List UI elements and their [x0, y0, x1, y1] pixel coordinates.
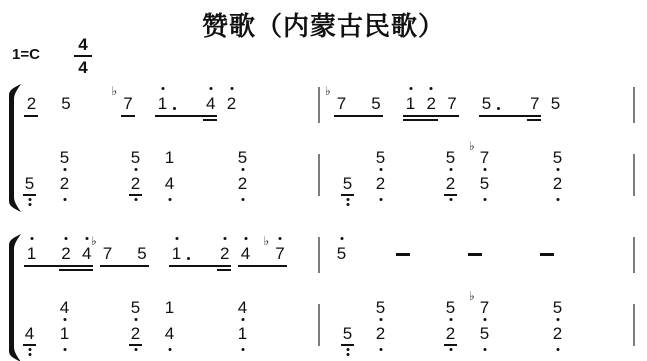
- chord-lowdots-slot: [373, 197, 388, 209]
- chord: 52: [373, 298, 388, 359]
- duration-dash: [540, 253, 554, 256]
- note-digit: 5: [334, 244, 349, 264]
- chord-mid-slot: [477, 317, 492, 324]
- chord: 52: [373, 148, 388, 209]
- chord-top-slot: 5: [443, 298, 458, 317]
- flat-icon: ♭: [325, 85, 331, 97]
- note: 7♭: [121, 94, 136, 114]
- chord-mid-slot: [162, 167, 177, 174]
- octave-dot-low: [346, 348, 349, 351]
- barline: [633, 87, 635, 123]
- chord-bottom-slot: 2: [235, 174, 250, 193]
- note-digit: 1: [162, 298, 177, 317]
- note-digit: 4: [238, 244, 253, 264]
- flat-icon: ♭: [469, 140, 475, 152]
- underline-beam: [155, 115, 217, 117]
- chord-bottom-slot: 2: [373, 174, 388, 193]
- note-digit: 2: [128, 324, 143, 343]
- chord-top-slot: 5: [57, 148, 72, 167]
- note-digit: 2: [24, 94, 39, 114]
- note-digit: 5: [59, 94, 74, 114]
- chord-mid-slot: [443, 317, 458, 324]
- octave-dot-low: [483, 168, 486, 171]
- chord-mid-slot: [477, 167, 492, 174]
- octave-dot-low: [168, 198, 171, 201]
- underline-beam: [121, 115, 135, 117]
- note-digit: 7: [445, 94, 460, 114]
- octave-dot-low: [379, 348, 382, 351]
- note-digit: 2: [128, 174, 143, 193]
- note-digit: 5: [479, 94, 494, 114]
- chord-mid-slot: [340, 167, 355, 174]
- chord-top-slot: 5: [373, 298, 388, 317]
- chord-mid-slot: [162, 317, 177, 324]
- note-digit: 5: [340, 174, 355, 193]
- chord-lowdots-slot: [477, 197, 492, 209]
- key-signature: 1=C: [12, 46, 40, 63]
- chord-top-slot: 5: [550, 298, 565, 317]
- chord-top-slot: 5: [128, 298, 143, 317]
- chord-lowdots-slot: [443, 347, 458, 359]
- chord: 5: [22, 148, 37, 209]
- note-digit: 5: [548, 94, 563, 114]
- time-signature-numerator: 4: [78, 35, 87, 54]
- note-digit: 4: [162, 324, 177, 343]
- chord-bottom-slot: 1: [57, 324, 72, 343]
- octave-dot-low: [134, 198, 137, 201]
- underline-beam: [403, 119, 438, 121]
- note-digit: 5: [373, 148, 388, 167]
- chord-bottom-slot: 5: [340, 174, 355, 193]
- chord: 52: [550, 298, 565, 359]
- octave-dot-low: [241, 318, 244, 321]
- octave-dot-low: [483, 198, 486, 201]
- chord-lowdots-slot: [373, 347, 388, 359]
- time-signature: 4 4: [72, 35, 94, 77]
- chord-top-slot: [340, 298, 355, 317]
- chord-lowdots-slot: [162, 197, 177, 209]
- chord-bottom-slot: 2: [373, 324, 388, 343]
- note: 5: [369, 94, 384, 114]
- chord-bottom-slot: 2: [128, 324, 143, 343]
- octave-dot-low: [28, 348, 31, 351]
- note-digit: 5: [128, 148, 143, 167]
- underline-beam: [129, 344, 142, 346]
- note-digit: 5: [477, 324, 492, 343]
- chord-lowdots-slot: [550, 197, 565, 209]
- barline: [318, 154, 320, 196]
- octave-dot-high: [65, 237, 68, 240]
- barline: [318, 304, 320, 346]
- chord-lowdots-slot: [22, 347, 37, 359]
- note-digit: 1: [235, 324, 250, 343]
- chord-mid-slot: [128, 167, 143, 174]
- chord-bottom-slot: 2: [550, 324, 565, 343]
- chord-top-slot: 7♭: [477, 148, 492, 167]
- note-digit: 5: [443, 148, 458, 167]
- octave-dot-low: [379, 168, 382, 171]
- note-digit: 5: [369, 94, 384, 114]
- octave-dot-low: [379, 318, 382, 321]
- octave-dot-low: [134, 168, 137, 171]
- chord-lowdots-slot: [235, 347, 250, 359]
- duration-dash: [468, 253, 482, 256]
- note-digit: 2: [57, 174, 72, 193]
- chord-bottom-slot: 5: [22, 174, 37, 193]
- octave-dot-low: [241, 198, 244, 201]
- chord-bottom-slot: 4: [162, 324, 177, 343]
- melody-staff: 1247♭51247♭5: [20, 244, 642, 278]
- note-digit: 7: [527, 94, 542, 114]
- chord-lowdots-slot: [550, 347, 565, 359]
- melody-staff: 257♭1427♭5127575: [20, 94, 642, 128]
- octave-dot-low: [168, 348, 171, 351]
- octave-dot-low: [449, 198, 452, 201]
- chord-lowdots-slot: [162, 347, 177, 359]
- chord-bottom-slot: 2: [443, 324, 458, 343]
- chord-top-slot: 5: [443, 148, 458, 167]
- note: 2: [59, 244, 74, 264]
- flat-icon: ♭: [264, 235, 270, 247]
- note-digit: 5: [550, 148, 565, 167]
- note: 5: [135, 244, 150, 264]
- octave-dot-high: [161, 87, 164, 90]
- octave-dot-low: [556, 198, 559, 201]
- chord: 41: [235, 298, 250, 359]
- chord-top-slot: [340, 148, 355, 167]
- chord: 5: [340, 298, 355, 359]
- flat-icon: ♭: [91, 235, 97, 247]
- chord-lowdots-slot: [477, 347, 492, 359]
- note-digit: 2: [224, 94, 239, 114]
- note-digit: 7: [121, 94, 136, 114]
- duration-dash: [396, 253, 410, 256]
- octave-dot-low: [449, 348, 452, 351]
- underline-beam: [238, 265, 287, 267]
- chord-mid-slot: [57, 317, 72, 324]
- note: 7: [445, 94, 460, 114]
- note-digit: 2: [443, 324, 458, 343]
- note: 1: [169, 244, 184, 264]
- note: 7♭: [273, 244, 288, 264]
- note-digit: 2: [373, 174, 388, 193]
- note-digit: 1: [57, 324, 72, 343]
- chord-top-slot: [22, 298, 37, 317]
- chord-lowdots-slot: [57, 347, 72, 359]
- chord: 7♭5: [477, 298, 492, 359]
- chord-mid-slot: [373, 317, 388, 324]
- octave-dot-high: [230, 87, 233, 90]
- chord: 52: [235, 148, 250, 209]
- octave-dot-high: [30, 237, 33, 240]
- note-digit: 5: [22, 174, 37, 193]
- dotted-note-dot: [187, 257, 190, 260]
- note: 7: [527, 94, 542, 114]
- chord-bottom-slot: 4: [22, 324, 37, 343]
- note: 2: [217, 244, 232, 264]
- octave-dot-low: [556, 348, 559, 351]
- note-digit: 5: [57, 148, 72, 167]
- time-signature-denominator: 4: [78, 58, 87, 77]
- underline-beam: [341, 194, 354, 196]
- chord-mid-slot: [550, 317, 565, 324]
- note-digit: 1: [403, 94, 418, 114]
- octave-dot-low: [28, 198, 31, 201]
- chord-bottom-slot: 2: [128, 174, 143, 193]
- octave-dot-low: [28, 203, 31, 206]
- chord-mid-slot: [235, 167, 250, 174]
- octave-dot-low: [63, 198, 66, 201]
- note-digit: 1: [162, 148, 177, 167]
- octave-dot-low: [483, 318, 486, 321]
- note-digit: 2: [550, 324, 565, 343]
- note-digit: 2: [217, 244, 232, 264]
- note-digit: 2: [235, 174, 250, 193]
- octave-dot-low: [449, 168, 452, 171]
- chord-bottom-slot: 2: [550, 174, 565, 193]
- chord-top-slot: 7♭: [477, 298, 492, 317]
- barline: [318, 237, 320, 273]
- chord-top-slot: 5: [235, 148, 250, 167]
- barline: [633, 304, 635, 346]
- note-digit: 5: [340, 324, 355, 343]
- chord-lowdots-slot: [443, 197, 458, 209]
- chord-bottom-slot: 5: [477, 174, 492, 193]
- note: 4: [203, 94, 218, 114]
- note-digit: 5: [128, 298, 143, 317]
- chord: 52: [128, 298, 143, 359]
- note-digit: 5: [135, 244, 150, 264]
- chord: 52: [550, 148, 565, 209]
- barline: [633, 237, 635, 273]
- note-digit: 5: [477, 174, 492, 193]
- octave-dot-low: [63, 168, 66, 171]
- note-digit: 5: [235, 148, 250, 167]
- accompaniment-staff: 552521452552527♭552: [20, 148, 642, 210]
- chord-bottom-slot: 5: [340, 324, 355, 343]
- note: 5: [334, 244, 349, 264]
- chord-top-slot: 1: [162, 298, 177, 317]
- octave-dot-low: [449, 318, 452, 321]
- underline-beam: [444, 344, 457, 346]
- octave-dot-high: [85, 237, 88, 240]
- chord-mid-slot: [128, 317, 143, 324]
- underline-beam: [23, 194, 36, 196]
- chord-mid-slot: [22, 317, 37, 324]
- octave-dot-low: [63, 318, 66, 321]
- octave-dot-low: [346, 353, 349, 356]
- barline: [318, 87, 320, 123]
- note: 7♭: [100, 244, 115, 264]
- note-digit: 1: [155, 94, 170, 114]
- note-digit: 5: [550, 298, 565, 317]
- note-digit: 1: [24, 244, 39, 264]
- octave-dot-low: [379, 198, 382, 201]
- chord-bottom-slot: 2: [57, 174, 72, 193]
- chord: 14: [162, 148, 177, 209]
- octave-dot-high: [244, 237, 247, 240]
- chord-mid-slot: [443, 167, 458, 174]
- chord-top-slot: 4: [57, 298, 72, 317]
- chord-top-slot: 1: [162, 148, 177, 167]
- barline: [633, 154, 635, 196]
- note-digit: 2: [443, 174, 458, 193]
- note: 5: [479, 94, 494, 114]
- chord-top-slot: 5: [373, 148, 388, 167]
- note-digit: 4: [57, 298, 72, 317]
- flat-icon: ♭: [112, 85, 118, 97]
- chord: 52: [57, 148, 72, 209]
- note-digit: 4: [162, 174, 177, 193]
- chord-bottom-slot: 5: [477, 324, 492, 343]
- dotted-note-dot: [173, 107, 176, 110]
- chord-lowdots-slot: [235, 197, 250, 209]
- chord-bottom-slot: 1: [235, 324, 250, 343]
- chord: 52: [443, 298, 458, 359]
- octave-dot-low: [346, 203, 349, 206]
- chord-top-slot: [22, 148, 37, 167]
- underline-beam: [217, 269, 231, 271]
- time-signature-bar: [74, 55, 92, 57]
- underline-beam: [100, 265, 149, 267]
- chord-mid-slot: [373, 167, 388, 174]
- note-digit: 7: [100, 244, 115, 264]
- accompaniment-staff: 441521441552527♭552: [20, 298, 642, 360]
- note-digit: 2: [59, 244, 74, 264]
- underline-beam: [479, 115, 541, 117]
- note-digit: 5: [373, 298, 388, 317]
- underline-beam: [341, 344, 354, 346]
- chord: 52: [128, 148, 143, 209]
- octave-dot-high: [223, 237, 226, 240]
- chord: 4: [22, 298, 37, 359]
- octave-dot-low: [556, 168, 559, 171]
- octave-dot-low: [63, 348, 66, 351]
- chord-mid-slot: [22, 167, 37, 174]
- note-digit: 2: [424, 94, 439, 114]
- octave-dot-high: [409, 87, 412, 90]
- note-digit: 7: [477, 298, 492, 317]
- underline-beam: [24, 115, 38, 117]
- note-digit: 4: [203, 94, 218, 114]
- note-digit: 1: [169, 244, 184, 264]
- chord: 5: [340, 148, 355, 209]
- note: 2: [24, 94, 39, 114]
- chord: 7♭5: [477, 148, 492, 209]
- chord-lowdots-slot: [340, 347, 355, 359]
- chord-top-slot: 4: [235, 298, 250, 317]
- note-digit: 5: [443, 298, 458, 317]
- octave-dot-low: [134, 348, 137, 351]
- octave-dot-low: [28, 353, 31, 356]
- underline-beam: [129, 194, 142, 196]
- octave-dot-low: [556, 318, 559, 321]
- note-digit: 7: [334, 94, 349, 114]
- note: 1: [24, 244, 39, 264]
- octave-dot-low: [241, 168, 244, 171]
- chord-lowdots-slot: [128, 347, 143, 359]
- octave-dot-high: [175, 237, 178, 240]
- page-title: 赞歌（内蒙古民歌）: [0, 6, 647, 43]
- note: 1: [155, 94, 170, 114]
- chord-lowdots-slot: [22, 197, 37, 209]
- note: 4: [238, 244, 253, 264]
- octave-dot-high: [279, 237, 282, 240]
- underline-beam: [444, 194, 457, 196]
- octave-dot-low: [346, 198, 349, 201]
- chord-top-slot: 5: [550, 148, 565, 167]
- flat-icon: ♭: [469, 290, 475, 302]
- underline-beam: [334, 115, 383, 117]
- note: 5: [548, 94, 563, 114]
- note-digit: 4: [22, 324, 37, 343]
- octave-dot-high: [430, 87, 433, 90]
- chord-mid-slot: [340, 317, 355, 324]
- chord-mid-slot: [57, 167, 72, 174]
- note-digit: 2: [550, 174, 565, 193]
- underline-beam: [403, 115, 459, 117]
- note: 2: [224, 94, 239, 114]
- chord-top-slot: 5: [128, 148, 143, 167]
- underline-beam: [24, 265, 93, 267]
- chord: 41: [57, 298, 72, 359]
- underline-beam: [59, 269, 94, 271]
- chord: 52: [443, 148, 458, 209]
- chord-bottom-slot: 2: [443, 174, 458, 193]
- note-digit: 7: [477, 148, 492, 167]
- chord-bottom-slot: 4: [162, 174, 177, 193]
- octave-dot-high: [209, 87, 212, 90]
- note-digit: 4: [235, 298, 250, 317]
- note: 1: [403, 94, 418, 114]
- chord-mid-slot: [550, 167, 565, 174]
- dotted-note-dot: [497, 107, 500, 110]
- score-sheet: 赞歌（内蒙古民歌） 1=C 4 4 257♭1427♭5127575552521…: [0, 0, 647, 361]
- note-digit: 2: [373, 324, 388, 343]
- note: 5: [59, 94, 74, 114]
- underline-beam: [527, 119, 541, 121]
- octave-dot-low: [241, 348, 244, 351]
- octave-dot-high: [340, 237, 343, 240]
- chord-lowdots-slot: [57, 197, 72, 209]
- octave-dot-low: [483, 348, 486, 351]
- chord: 14: [162, 298, 177, 359]
- chord-mid-slot: [235, 317, 250, 324]
- chord-lowdots-slot: [340, 197, 355, 209]
- chord-lowdots-slot: [128, 197, 143, 209]
- octave-dot-low: [134, 318, 137, 321]
- underline-beam: [169, 265, 231, 267]
- underline-beam: [23, 344, 36, 346]
- note: 2: [424, 94, 439, 114]
- note-digit: 7: [273, 244, 288, 264]
- note: 7♭: [334, 94, 349, 114]
- underline-beam: [203, 119, 217, 121]
